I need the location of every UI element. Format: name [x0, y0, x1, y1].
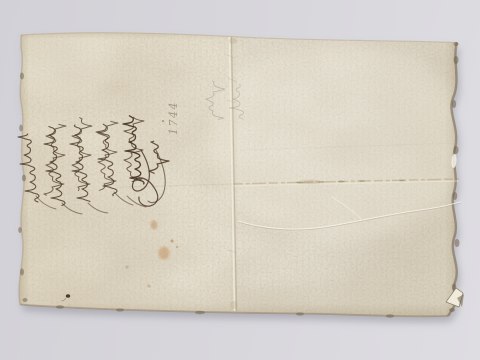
manuscript-scene: 1744 [0, 0, 480, 360]
manuscript-paper: 1744 [0, 0, 470, 322]
date-inscription: 1744 [167, 101, 180, 135]
manuscript-photo: 1744 [0, 0, 480, 360]
dark-speck [66, 294, 70, 298]
